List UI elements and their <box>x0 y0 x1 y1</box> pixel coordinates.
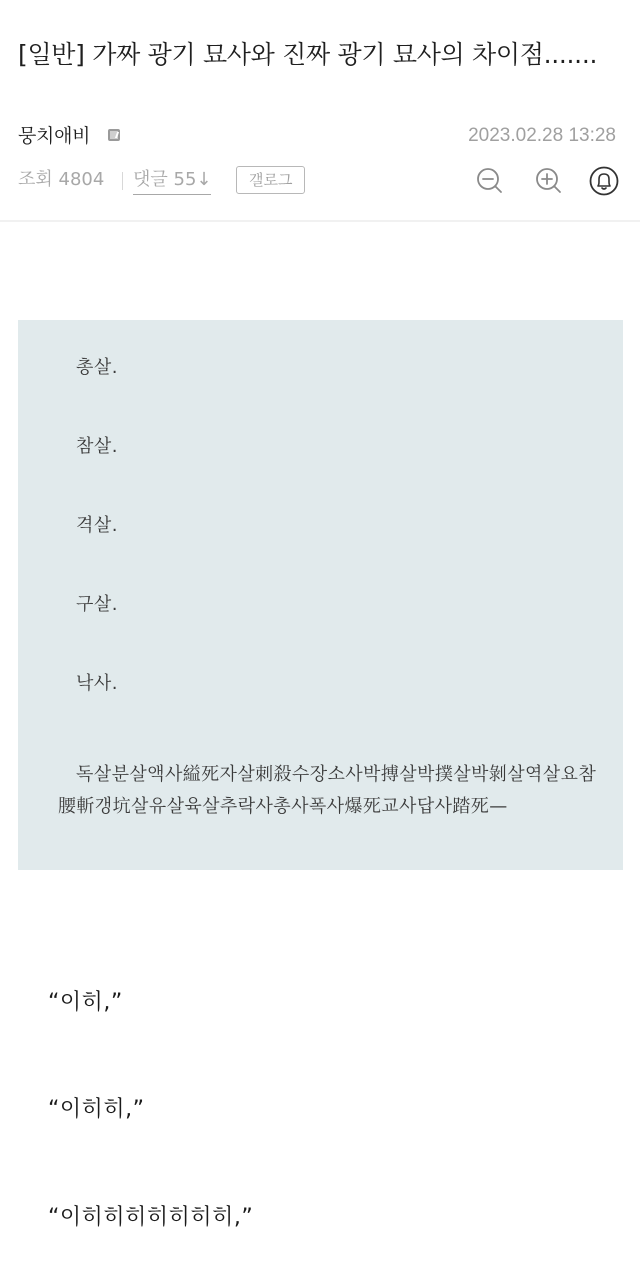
quote-line: 구살. <box>76 593 118 617</box>
quote-long-text: 독살분살액사縊死자살刺殺수장소사박搏살박撲살박剝살역살요참腰斬갱坑살유살육살추락… <box>58 759 606 823</box>
quote-line: 참살. <box>76 435 118 459</box>
meta-separator <box>122 172 123 190</box>
post-title: [일반] 가짜 광기 묘사와 진짜 광기 묘사의 차이점....... <box>18 36 618 74</box>
quote-image-box: 총살. 참살. 격살. 구살. 낙사. 독살분살액사縊死자살刺殺수장소사박搏살박… <box>18 320 623 870</box>
zoom-out-icon[interactable] <box>474 165 506 197</box>
quote-line: 격살. <box>76 514 118 538</box>
body-line: “이히히,” <box>48 1095 145 1125</box>
fixed-nickname-badge-icon <box>108 129 120 141</box>
comment-count-link[interactable]: 댓글 55↓ <box>133 165 211 195</box>
quote-line: 총살. <box>76 356 118 380</box>
bell-icon[interactable] <box>588 165 620 197</box>
author-name[interactable]: 뭉치애비 <box>18 122 90 150</box>
meta-row: 조회 4804 댓글 55↓ 갤로그 <box>18 165 622 199</box>
header-divider <box>0 220 640 222</box>
post-datetime: 2023.02.28 13:28 <box>468 122 616 150</box>
gallog-button[interactable]: 갤로그 <box>236 166 305 194</box>
author-row: 뭉치애비 2023.02.28 13:28 <box>18 122 622 152</box>
view-count: 조회 4804 <box>18 165 104 195</box>
post-header: [일반] 가짜 광기 묘사와 진짜 광기 묘사의 차이점....... 뭉치애비… <box>0 0 640 222</box>
body-line: “이히히히히히히히,” <box>48 1203 253 1233</box>
zoom-in-icon[interactable] <box>533 165 565 197</box>
quote-line: 낙사. <box>76 672 118 696</box>
body-line: “이히,” <box>48 988 123 1018</box>
